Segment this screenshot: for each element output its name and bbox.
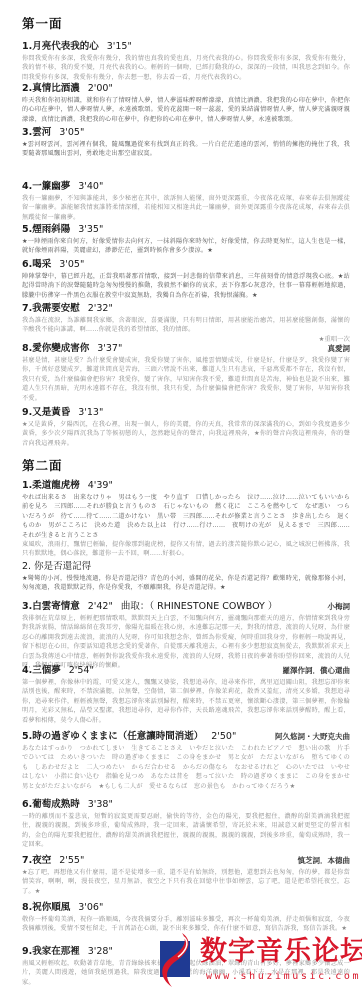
song-title: 5.時の過ぎゆくままに（任意讓時間消逝）2'50" [22, 728, 236, 742]
song-credit: 慎芝詞．本德曲 [298, 855, 351, 866]
song-title: 3.雲河3'05" [22, 124, 84, 138]
song-a3: 3.雲河3'05" ★雲河呀雲河，雲河裡有個我，隨風飄過從來有找到真正的我。一片… [22, 124, 350, 159]
lyrics-sheet: 第一面 1.月亮代表我的心3'15" 你問我愛你有多深，我愛你有幾分，我的情也真… [0, 0, 362, 1000]
song-title: 5.煙雨斜陽3'35" [22, 221, 103, 235]
song-lyrics: ★一陣煙雨你來自何方，好像愛情你去向何方，一抹斜陽你來時匆忙，好像愛情，你去時更… [22, 237, 350, 256]
song-title: 7.夜空2'55" [22, 852, 84, 866]
song-lyrics: 昨天我和你初初相識，就和你有了情呀情人夢，情人夢滋味醉呀醉濛濛，真情比酒濃，我把… [22, 96, 350, 124]
song-credit: 羅澤作詞．償心還曲 [283, 665, 351, 676]
song-credit: 阿久悠詞・大野克夫曲 [275, 731, 350, 742]
song-lyrics: ★彎彎的小河，慢慢地流過，你是否還記得？青色的小河，盛開的花朵，你是否還記得？歡… [22, 574, 350, 593]
song-lyrics: 第一個夢裡，你像林中的霞，可愛又迷人，飄飄又婆娑，我想追尋你，追尋來作伴，萬里迢… [22, 678, 350, 725]
song-lyrics: 甚麼是情，甚麼是愛？為什麼愛會變成害，我愛你變了害你，風捲雲情變成災，什麼是好，… [22, 356, 350, 403]
song-title: 6.喝采3'05" [22, 256, 84, 270]
song-b7: 7.夜空2'55"慎芝詞．本德曲 ★忘了吧，再想他又有什麼用，還不是徒增多一重，… [22, 852, 350, 896]
song-a7: 7.我需要安慰2'32" 我為誰在流淚，為誰離開我家鄉，含著眼淚，喜憂滿腹，只有… [22, 300, 350, 344]
song-a4: 4.一簾幽夢3'40" 我有一簾幽夢，不知與誰能共，多少秘密在其中，欲訴無人能懂… [22, 178, 350, 222]
song-lyrics: あなたはすっかり つかれてしまい 生きてることさえ いやだと泣いた こわれたピア… [22, 744, 350, 791]
song-title: 4.三個夢2'54" [22, 662, 94, 676]
song-title: 1.柔道龍虎榜4'39" [22, 477, 113, 491]
song-title: 6.葡萄成熟時3'38" [22, 796, 113, 810]
song-title: 4.一簾幽夢3'40" [22, 178, 103, 192]
song-title: 9.我家在那裡3'28" [22, 943, 113, 957]
song-b5: 5.時の過ぎゆくままに（任意讓時間消逝）2'50"阿久悠詞・大野克夫曲 あなたは… [22, 728, 350, 791]
watermark-url: www.shuzimusic.com [206, 971, 361, 982]
song-title: 8.祝你順風3'06" [22, 899, 103, 913]
song-lyrics-chinese: 東風吹，浪雨打，飄情已輕輪，提你像那到龍虎榜，提你又有情，過去的淒苦隨你默心記心… [22, 540, 350, 559]
song-lyrics: 陣陣掌聲中，幕已經升起，正當我唱著那首情歌，接到一封悲傷的信帶來消息，三年前刻骨… [22, 272, 350, 300]
song-b1: 1.柔道龍虎榜4'39" やれば出来るさ 出来なけりゃ 男はもう一度 やり直す … [22, 477, 350, 559]
song-title: 2. 你是否還記得 [22, 558, 91, 572]
song-lyrics: 一時的離別而不羞悲哀，短暫的寂寞更需要忍耐，偷快的等待，金色的陽光，要我把握住，… [22, 812, 350, 850]
song-a1: 1.月亮代表我的心3'15" 你問我愛你有多深，我愛你有幾分，我的情也真我的愛也… [22, 38, 350, 82]
song-title: 1.月亮代表我的心3'15" [22, 38, 132, 52]
song-b3: 3.白雲寄情意2'42"曲取：（ RHINESTONE COWBOY ）小梅詞 … [22, 598, 350, 670]
side-a-title: 第一面 [22, 14, 63, 32]
song-title: 3.白雲寄情意2'42"曲取：（ RHINESTONE COWBOY ） [22, 598, 277, 612]
song-lyrics: 你問我愛你有多深，我愛你有幾分，我的情也真我的愛也真，月亮代表我的心。你問我愛你… [22, 54, 350, 82]
watermark-text: 数字音乐论坛 [200, 929, 362, 968]
song-a9: 9.又是黃昏3'13" ★又是黃昏，夕陽西沉，在我心裡，出現一個人，你的美麗，你… [22, 404, 350, 448]
watermark: 数字音乐论坛 www.shuzimusic.com [160, 925, 360, 995]
song-lyrics: 我有一簾幽夢，不知與誰能共，多少秘密在其中，欲訴無人能懂，窗外更深露重，今夜落花… [22, 194, 350, 222]
song-lyrics: ★雲河呀雲河，雲河裡有個我，隨風飄過從來有找到真正的我。一片白茫茫遙遠的雲河，悄… [22, 140, 350, 159]
song-lyrics: ★忘了吧，再想他又有什麼用，還不是徒增多一重，還不是有始無終，別想他，還想到去也… [22, 868, 350, 896]
song-a2: 2.真情比酒濃2'00" 昨天我和你初初相識，就和你有了情呀情人夢，情人夢滋味醉… [22, 80, 350, 124]
song-title: 9.又是黃昏3'13" [22, 404, 103, 418]
song-title: 7.我需要安慰2'32" [22, 300, 113, 314]
song-b4: 4.三個夢2'54"羅澤作詞．償心還曲 第一個夢裡，你像林中的霞，可愛又迷人，飄… [22, 662, 350, 725]
song-lyrics: ★又是黃昏，夕陽西沉，在我心裡，出現一個人，你的美麗，你的天真，我常常的深深滿我… [22, 420, 350, 448]
song-lyrics: やれば出来るさ 出来なけりゃ 男はもう一度 やり直す 口惜しかったら 泣け……泣… [22, 493, 350, 540]
side-b-title: 第二面 [22, 456, 63, 474]
song-b6: 6.葡萄成熟時3'38" 一時的離別而不羞悲哀，短暫的寂寞更需要忍耐，偷快的等待… [22, 796, 350, 850]
song-b2: 2. 你是否還記得 ★彎彎的小河，慢慢地流過，你是否還記得？青色的小河，盛開的花… [22, 558, 350, 593]
song-a5: 5.煙雨斜陽3'35" ★一陣煙雨你來自何方，好像愛情你去向何方，一抹斜陽你來時… [22, 221, 350, 256]
song-title: 2.真情比酒濃2'00" [22, 80, 113, 94]
song-a6: 6.喝采3'05" 陣陣掌聲中，幕已經升起，正當我唱著那首情歌，接到一封悲傷的信… [22, 256, 350, 300]
song-credit: 真愛詞 [328, 343, 351, 354]
forum-logo-icon [160, 931, 194, 987]
song-a8: 8.愛你變成害你3'37"真愛詞 甚麼是情，甚麼是愛？為什麼愛會變成害，我愛你變… [22, 340, 350, 403]
song-title: 8.愛你變成害你3'37" [22, 340, 122, 354]
song-lyrics: 我為誰在流淚，為誰離開我家鄉，含著眼淚，喜憂滿腹，只有明日情郎，用甚麼能治癒苦，… [22, 316, 350, 335]
song-credit: 小梅詞 [328, 601, 351, 612]
